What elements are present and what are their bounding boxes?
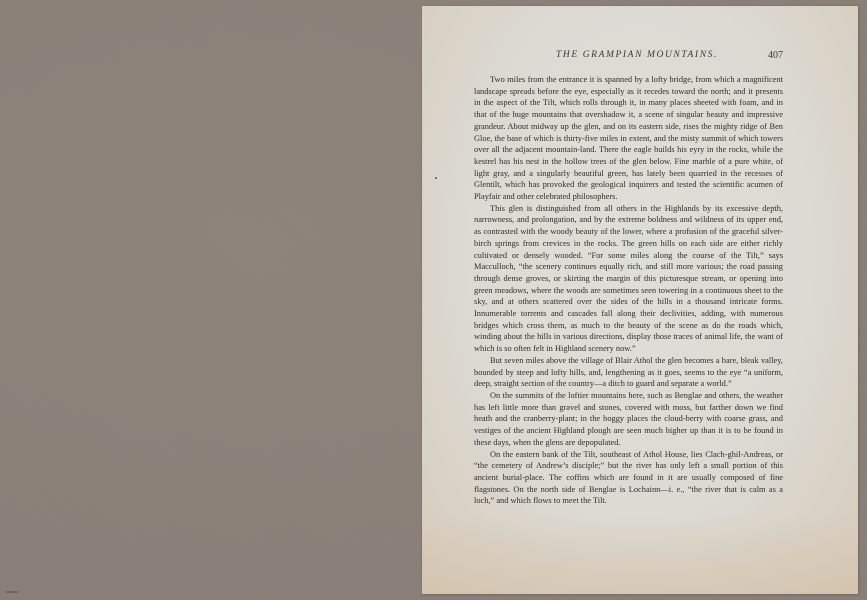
running-head: THE GRAMPIAN MOUNTAINS. 407	[474, 50, 783, 64]
page-number: 407	[768, 50, 783, 61]
paragraph: On the eastern bank of the Tilt, southea…	[474, 449, 783, 508]
body-text: Two miles from the entrance it is spanne…	[474, 74, 783, 507]
board-mark	[6, 591, 18, 593]
running-title: THE GRAMPIAN MOUNTAINS.	[556, 50, 718, 60]
paragraph: Two miles from the entrance it is spanne…	[474, 74, 783, 203]
paragraph: On the summits of the loftier mountains …	[474, 390, 783, 449]
book-page: THE GRAMPIAN MOUNTAINS. 407 Two miles fr…	[422, 6, 858, 594]
paragraph: But seven miles above the village of Bla…	[474, 355, 783, 390]
page-speck	[435, 177, 437, 179]
paragraph: This glen is distinguished from all othe…	[474, 203, 783, 355]
